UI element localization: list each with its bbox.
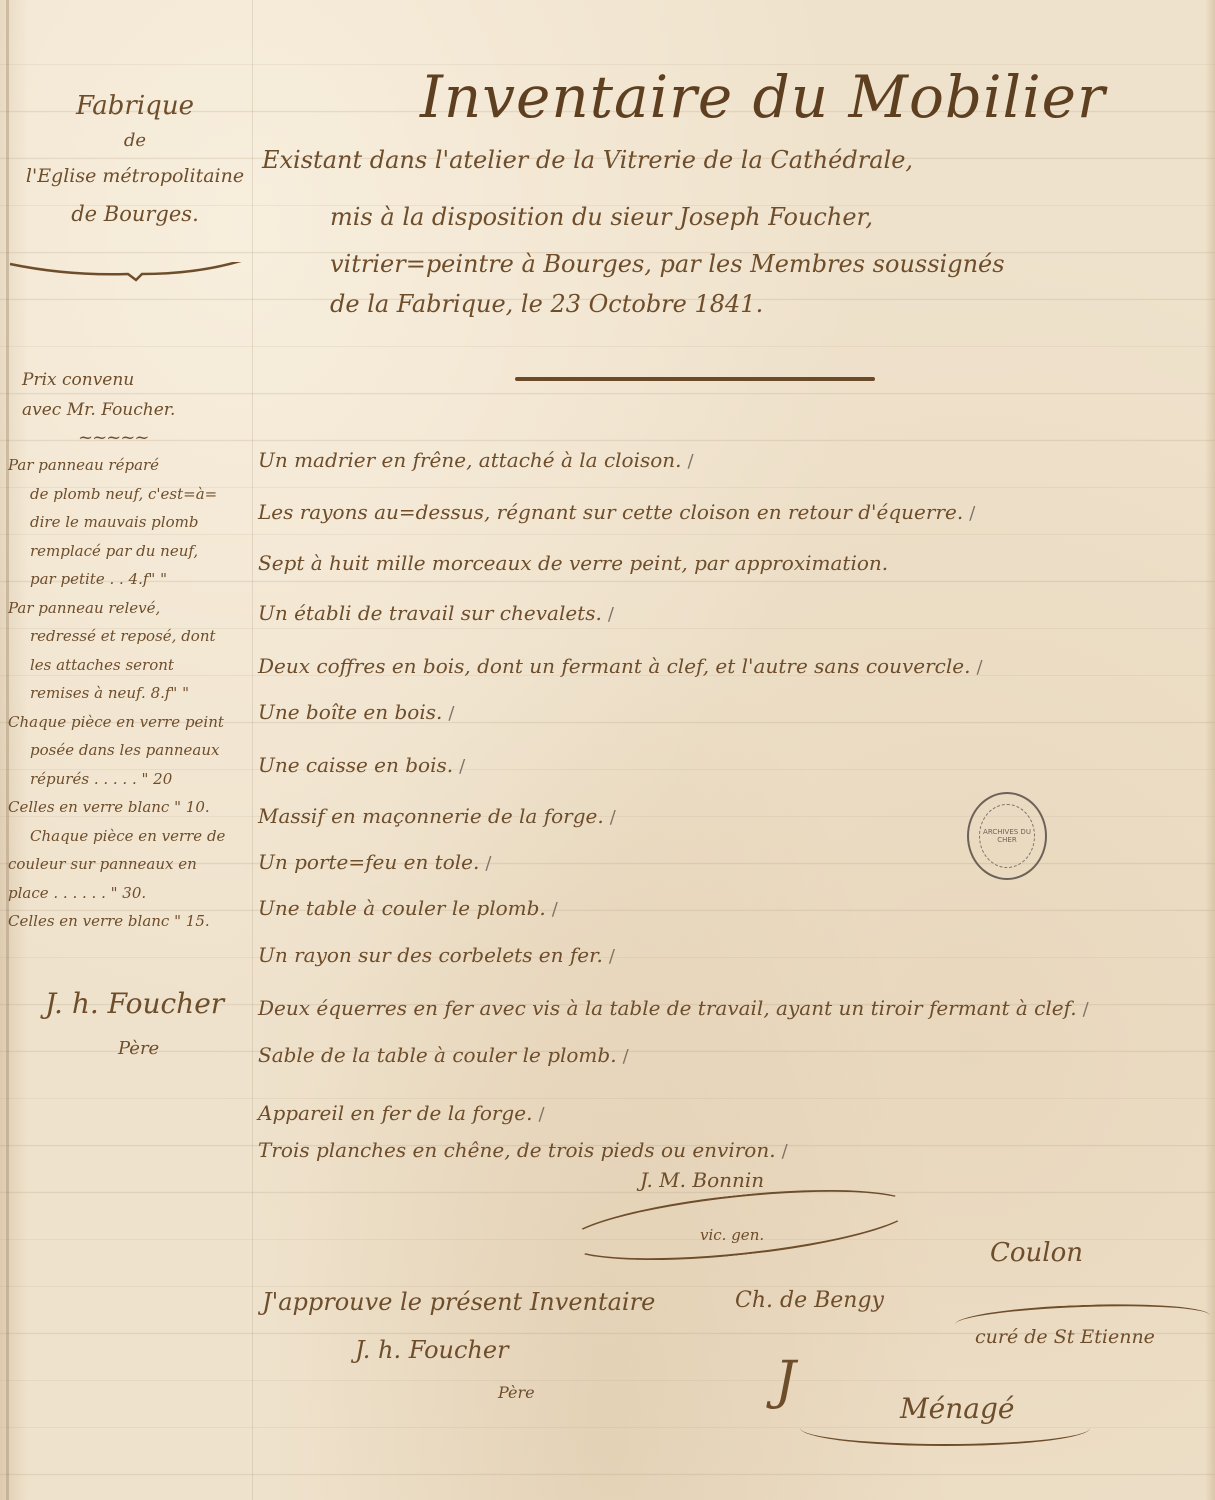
price-entry-line: remises à neuf. 8.f" "	[8, 679, 258, 708]
price-entry-line: dire le mauvais plomb	[8, 508, 258, 537]
check-tick-icon: /	[459, 756, 465, 777]
inventory-item: Massif en maçonnerie de la forge./	[258, 804, 616, 828]
inventory-item: Un établi de travail sur chevalets./	[258, 601, 614, 625]
check-tick-icon: /	[608, 604, 614, 625]
price-entry-line: répurés . . . . . " 20	[8, 765, 258, 794]
check-tick-icon: /	[552, 899, 558, 920]
signature-coulon: Coulon	[990, 1240, 1083, 1266]
signature-foucher-margin: J. h. Foucher	[45, 990, 224, 1018]
price-entry-line: remplacé par du neuf,	[8, 537, 258, 566]
price-column: Prix convenu avec Mr. Foucher. ~~~~~ Par…	[8, 365, 258, 936]
subtitle-line: vitrier=peintre à Bourges, par les Membr…	[330, 252, 1005, 276]
price-entry-line: par petite . . 4.f" "	[8, 565, 258, 594]
inventory-item: Un porte=feu en tole./	[258, 850, 491, 874]
inventory-item: Deux coffres en bois, dont un fermant à …	[258, 654, 983, 678]
check-tick-icon: /	[485, 853, 491, 874]
check-tick-icon: /	[1083, 999, 1089, 1020]
check-tick-icon: /	[609, 946, 615, 967]
check-tick-icon: /	[538, 1104, 544, 1125]
check-tick-icon: /	[969, 503, 975, 524]
check-tick-icon: /	[448, 703, 454, 724]
price-entry-line: place . . . . . . " 30.	[8, 879, 258, 908]
fabrique-line: de Bourges.	[20, 197, 250, 231]
archive-stamp: ARCHIVES DU CHER	[967, 792, 1047, 880]
price-entry-line: Chaque pièce en verre de	[8, 822, 258, 851]
stamp-text: ARCHIVES DU CHER	[979, 804, 1035, 868]
signature-bengy: Ch. de Bengy	[735, 1290, 884, 1312]
signature-menage-initial: J	[775, 1355, 796, 1407]
document-title: Inventaire du Mobilier	[420, 68, 1106, 126]
price-entry-line: Chaque pièce en verre peint	[8, 708, 258, 737]
fabrique-line: l'Eglise métropolitaine	[20, 155, 250, 197]
price-entry-line: de plomb neuf, c'est=à=	[8, 480, 258, 509]
signature-pere: Père	[498, 1385, 535, 1401]
subtitle-line: de la Fabrique, le 23 Octobre 1841.	[330, 292, 763, 316]
inventory-item: Appareil en fer de la forge./	[258, 1101, 545, 1125]
page-right-edge	[1205, 0, 1215, 1500]
price-entry-line: posée dans les panneaux	[8, 736, 258, 765]
inventory-item: Les rayons au=dessus, régnant sur cette …	[258, 500, 975, 524]
price-heading: Prix convenu	[8, 365, 258, 395]
signature-flourish	[800, 1410, 1090, 1446]
check-tick-icon: /	[623, 1046, 629, 1067]
approval-statement: J'approuve le présent Inventaire	[262, 1290, 655, 1314]
signature-coulon-title: curé de St Etienne	[975, 1328, 1155, 1347]
squiggle-ornament: ~~~~~	[8, 425, 258, 451]
price-entry-line: couleur sur panneaux en	[8, 850, 258, 879]
price-entry-line: Celles en verre blanc " 10.	[8, 793, 258, 822]
title-divider	[515, 377, 875, 381]
inventory-item: Sept à huit mille morceaux de verre pein…	[258, 551, 888, 575]
fabrique-line: de	[20, 127, 250, 155]
signature-bonnin-title: vic. gen.	[700, 1228, 764, 1243]
inventory-item: Trois planches en chêne, de trois pieds …	[258, 1138, 788, 1162]
signature-pere-margin: Père	[118, 1040, 159, 1058]
inventory-item: Une boîte en bois./	[258, 700, 454, 724]
fabrique-header: Fabrique de l'Eglise métropolitaine de B…	[20, 85, 250, 231]
check-tick-icon: /	[782, 1141, 788, 1162]
inventory-item: Une caisse en bois./	[258, 753, 465, 777]
price-entry-line: Par panneau réparé	[8, 451, 258, 480]
inventory-item: Une table à couler le plomb./	[258, 896, 558, 920]
swash-divider-icon	[8, 262, 248, 282]
price-entry-line: les attaches seront	[8, 651, 258, 680]
subtitle-line: Existant dans l'atelier de la Vitrerie d…	[262, 148, 913, 172]
fabrique-line: Fabrique	[20, 85, 250, 127]
check-tick-icon: /	[610, 807, 616, 828]
inventory-item: Sable de la table à couler le plomb./	[258, 1043, 629, 1067]
price-entry-line: redressé et reposé, dont	[8, 622, 258, 651]
check-tick-icon: /	[976, 657, 982, 678]
price-heading: avec Mr. Foucher.	[8, 395, 258, 425]
inventory-item: Un rayon sur des corbelets en fer./	[258, 943, 615, 967]
inventory-item: Un madrier en frêne, attaché à la cloiso…	[258, 448, 694, 472]
signature-foucher: J. h. Foucher	[355, 1338, 509, 1362]
signature-bonnin: J. M. Bonnin	[640, 1170, 764, 1190]
subtitle-line: mis à la disposition du sieur Joseph Fou…	[330, 205, 873, 229]
inventory-item: Deux équerres en fer avec vis à la table…	[258, 996, 1089, 1020]
price-entry-line: Par panneau relevé,	[8, 594, 258, 623]
check-tick-icon: /	[688, 451, 694, 472]
price-entry-line: Celles en verre blanc " 15.	[8, 907, 258, 936]
